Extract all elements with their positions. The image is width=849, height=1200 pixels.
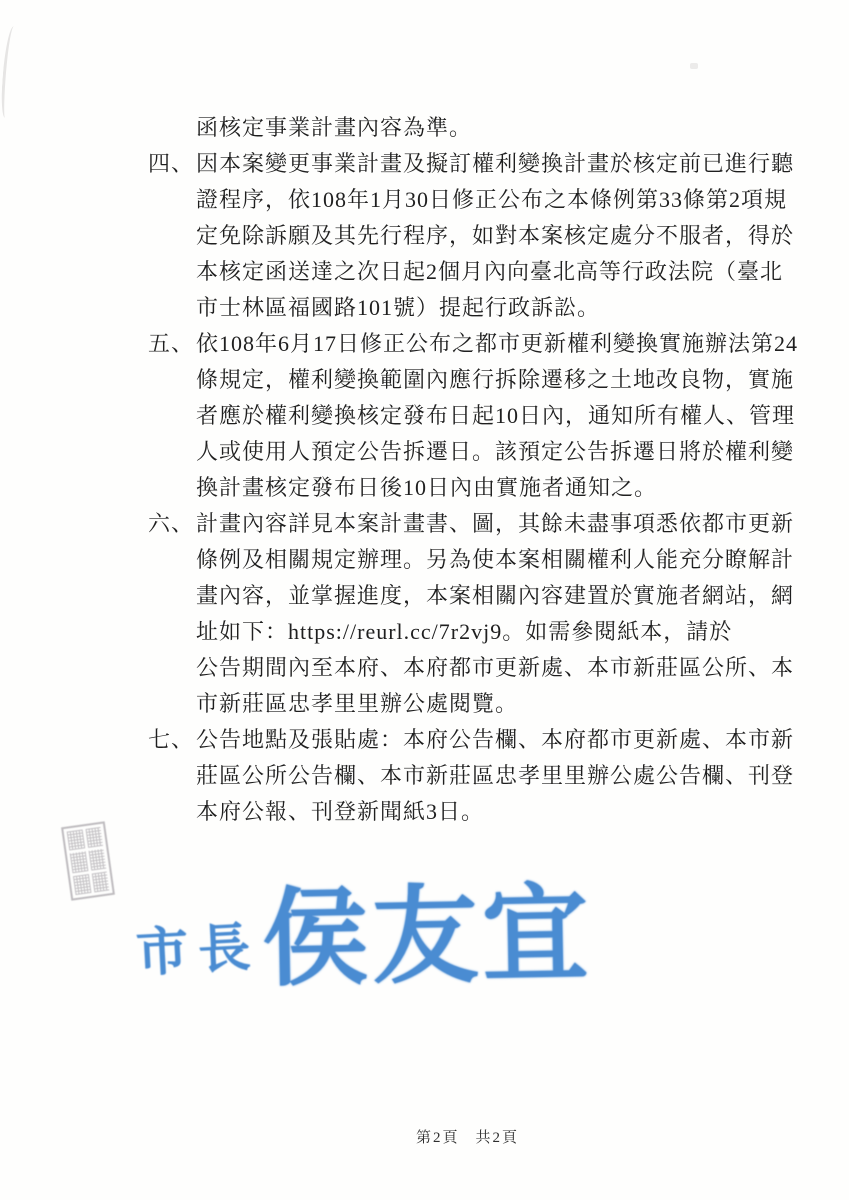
notice-line-text: 畫內容，並掌握進度，本案相關內容建置於實施者網站，網 <box>196 578 794 614</box>
item-number-spacer <box>148 470 196 506</box>
intro-line-text: 函核定事業計畫內容為準。 <box>196 110 472 146</box>
scanned-notice-page: 函核定事業計畫內容為準。 四、因本案變更事業計畫及擬訂權利變換計畫於核定前已進行… <box>0 0 849 1200</box>
notice-line-text: 市新莊區忠孝里里辦公處閱覽。 <box>196 686 518 722</box>
notice-line-text: 公告地點及張貼處：本府公告欄、本府都市更新處、本市新 <box>196 722 794 758</box>
item-number-spacer <box>148 614 196 650</box>
notice-line: 換計畫核定發布日後10日內由實施者通知之。 <box>148 470 803 506</box>
notice-line: 五、依108年6月17日修正公布之都市更新權利變換實施辦法第24 <box>148 326 803 362</box>
item-number: 四、 <box>148 146 196 182</box>
item-number: 五、 <box>148 326 196 362</box>
item-number-spacer <box>148 110 196 146</box>
seal-glyph <box>85 827 103 848</box>
item-number-spacer <box>148 434 196 470</box>
notice-line: 市新莊區忠孝里里辦公處閱覽。 <box>148 686 803 722</box>
notice-line: 者應於權利變換核定發布日起10日內，通知所有權人、管理 <box>148 398 803 434</box>
notice-line: 莊區公所公告欄、本市新莊區忠孝里里辦公處公告欄、刊登 <box>148 758 803 794</box>
gray-seal-stamp-icon <box>61 821 115 900</box>
item-number-spacer <box>148 398 196 434</box>
item-number-spacer <box>148 254 196 290</box>
notice-line: 六、計畫內容詳見本案計畫書、圖，其餘未盡事項悉依都市更新 <box>148 506 803 542</box>
mayor-name-signature: 侯友宜 <box>261 849 594 1007</box>
notice-line-text: 條規定，權利變換範圍內應行拆除遷移之土地改良物，實施 <box>196 362 794 398</box>
item-number-spacer <box>148 578 196 614</box>
item-number-spacer <box>148 686 196 722</box>
notice-line-text: 本府公報、刊登新聞紙3日。 <box>196 794 484 830</box>
item-number-spacer <box>148 290 196 326</box>
scan-edge-artifact <box>0 26 19 119</box>
notice-items: 四、因本案變更事業計畫及擬訂權利變換計畫於核定前已進行聽證程序，依108年1月3… <box>148 146 803 830</box>
seal-glyph <box>70 852 88 873</box>
item-number-spacer <box>148 794 196 830</box>
notice-line-text: 計畫內容詳見本案計畫書、圖，其餘未盡事項悉依都市更新 <box>196 506 794 542</box>
notice-line-text: 換計畫核定發布日後10日內由實施者通知之。 <box>196 470 657 506</box>
item-number: 六、 <box>148 506 196 542</box>
notice-line: 公告期間內至本府、本府都市更新處、本市新莊區公所、本 <box>148 650 803 686</box>
notice-line: 市士林區福國路101號）提起行政訴訟。 <box>148 290 803 326</box>
notice-line: 址如下：https://reurl.cc/7r2vj9。如需參閱紙本，請於 <box>148 614 803 650</box>
page-footer: 第2頁 共2頁 <box>416 1126 519 1147</box>
item-number-spacer <box>148 542 196 578</box>
item-number-spacer <box>148 182 196 218</box>
notice-line-text: 依108年6月17日修正公布之都市更新權利變換實施辦法第24 <box>196 326 798 362</box>
seal-glyph <box>73 874 91 895</box>
notice-line-text: 市士林區福國路101號）提起行政訴訟。 <box>196 290 600 326</box>
notice-line: 七、公告地點及張貼處：本府公告欄、本府都市更新處、本市新 <box>148 722 803 758</box>
seal-glyph <box>91 871 109 892</box>
item-number-spacer <box>148 650 196 686</box>
notice-line-text: 定免除訴願及其先行程序，如對本案核定處分不服者，得於 <box>196 218 794 254</box>
notice-line: 人或使用人預定公告拆遷日。該預定公告拆遷日將於權利變 <box>148 434 803 470</box>
footer-page-number: 第2頁 <box>416 1126 460 1147</box>
item-number-spacer <box>148 362 196 398</box>
notice-line-text: 人或使用人預定公告拆遷日。該預定公告拆遷日將於權利變 <box>196 434 794 470</box>
item-number: 七、 <box>148 722 196 758</box>
item-number-spacer <box>148 758 196 794</box>
notice-line: 證程序，依108年1月30日修正公布之本條例第33條第2項規 <box>148 182 803 218</box>
notice-line: 本核定函送達之次日起2個月內向臺北高等行政法院（臺北 <box>148 254 803 290</box>
item-number-spacer <box>148 218 196 254</box>
notice-line-text: 證程序，依108年1月30日修正公布之本條例第33條第2項規 <box>196 182 787 218</box>
notice-line: 本府公報、刊登新聞紙3日。 <box>148 794 803 830</box>
seal-border <box>61 821 115 900</box>
notice-line: 畫內容，並掌握進度，本案相關內容建置於實施者網站，網 <box>148 578 803 614</box>
notice-line-text: 者應於權利變換核定發布日起10日內，通知所有權人、管理 <box>196 398 795 434</box>
scan-dot-artifact <box>690 63 698 69</box>
footer-page-total: 共2頁 <box>476 1126 520 1147</box>
seal-glyph <box>67 830 85 851</box>
notice-line: 條例及相關規定辦理。另為使本案相關權利人能充分瞭解計 <box>148 542 803 578</box>
notice-line: 函核定事業計畫內容為準。 <box>148 110 803 146</box>
seal-glyph <box>88 849 106 870</box>
notice-line: 定免除訴願及其先行程序，如對本案核定處分不服者，得於 <box>148 218 803 254</box>
notice-line: 四、因本案變更事業計畫及擬訂權利變換計畫於核定前已進行聽 <box>148 146 803 182</box>
notice-line-text: 公告期間內至本府、本府都市更新處、本市新莊區公所、本 <box>196 650 794 686</box>
notice-line-text: 因本案變更事業計畫及擬訂權利變換計畫於核定前已進行聽 <box>196 146 794 182</box>
notice-line: 條規定，權利變換範圍內應行拆除遷移之土地改良物，實施 <box>148 362 803 398</box>
notice-line-text: 條例及相關規定辦理。另為使本案相關權利人能充分瞭解計 <box>196 542 794 578</box>
notice-line-text: 莊區公所公告欄、本市新莊區忠孝里里辦公處公告欄、刊登 <box>196 758 794 794</box>
mayor-title-stamp: 市長 <box>134 905 262 986</box>
notice-line-text: 址如下：https://reurl.cc/7r2vj9。如需參閱紙本，請於 <box>196 614 732 650</box>
notice-line-text: 本核定函送達之次日起2個月內向臺北高等行政法院（臺北 <box>196 254 783 290</box>
notice-body: 函核定事業計畫內容為準。 四、因本案變更事業計畫及擬訂權利變換計畫於核定前已進行… <box>148 110 803 830</box>
